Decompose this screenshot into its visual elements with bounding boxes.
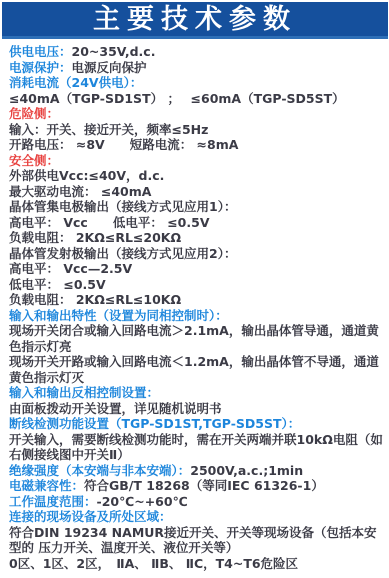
- spec-line: 高电平： Vcc 低电平： ≤0.5V: [9, 215, 385, 231]
- spec-label: 电源保护：: [9, 60, 72, 75]
- spec-section-label: 消耗电流（24V供电）：: [9, 75, 142, 90]
- spec-line: 现场开关开路或输入回路电流＜1.2mA，输出晶体管不导通，通道黄色指示灯灭: [9, 354, 385, 385]
- spec-line: 输入：开关、接近开关，频率≤5Hz: [9, 122, 385, 138]
- spec-text: 开路电压： ≈8V 短路电流： ≈8mA: [9, 137, 238, 152]
- spec-line: 绝缘强度（本安端与非本安端）：2500V,a.c.;1min: [9, 463, 385, 479]
- spec-line: 现场开关闭合或输入回路电流＞2.1mA，输出晶体管导通，通道黄色指示灯亮: [9, 323, 385, 354]
- spec-line: 开关输入，需要断线检测功能时，需在开关两端并联10kΩ电阻（如右侧接线图中开关Ⅱ…: [9, 432, 385, 463]
- spec-line: 电源保护：电源反向保护: [9, 60, 385, 76]
- spec-line: ≤40mA（TGP-SD1ST） ； ≤60mA（TGP-SD5ST）: [9, 91, 385, 107]
- spec-text: 现场开关闭合或输入回路电流＞2.1mA，输出晶体管导通，通道黄色指示灯亮: [9, 323, 379, 354]
- spec-text: 高电平： Vcc—2.5V: [9, 261, 132, 276]
- spec-text: 负载电阻： 2KΩ≤RL≤20KΩ: [9, 230, 181, 245]
- spec-line: 输入和输出反相控制设置：: [9, 385, 385, 401]
- spec-line: 工作温度范围：-20℃~+60℃: [9, 494, 385, 510]
- spec-value: 符合GB/T 18268（等同IEC 61326-1）: [84, 478, 324, 493]
- spec-line: 断线检测功能设置（TGP-SD1ST,TGP-SD5ST）：: [9, 416, 385, 432]
- spec-text: 最大驱动电流： ≤40mA: [9, 184, 151, 199]
- spec-text: 由面板拨动开关设置，详见随机说明书: [9, 401, 222, 416]
- spec-line: 连接的现场设备及所处区域：: [9, 509, 385, 525]
- spec-line: 供电电压：20~35V,d.c.: [9, 44, 385, 60]
- spec-value: 20~35V,d.c.: [72, 44, 156, 59]
- spec-value: 2500V,a.c.;1min: [190, 463, 303, 478]
- spec-sheet-page: 主要技术参数 供电电压：20~35V,d.c.电源保护：电源反向保护消耗电流（2…: [0, 0, 389, 578]
- spec-line: 危险侧：: [9, 106, 385, 122]
- spec-text: 外部供电Vcc:≤40V，d.c.: [9, 168, 164, 183]
- spec-list: 供电电压：20~35V,d.c.电源保护：电源反向保护消耗电流（24V供电）：≤…: [0, 39, 389, 571]
- page-title: 主要技术参数: [2, 2, 388, 39]
- spec-value: -20℃~+60℃: [97, 494, 188, 509]
- spec-text: 输入：开关、接近开关，频率≤5Hz: [9, 122, 208, 137]
- spec-text: ≤40mA（TGP-SD1ST） ； ≤60mA（TGP-SD5ST）: [9, 91, 345, 106]
- spec-line: 0区、1区、2区， ⅡA、 ⅡB、 ⅡC，T4~T6危险区: [9, 556, 385, 572]
- spec-section-label: 输入和输出特性（设置为同相控制时）：: [9, 308, 228, 323]
- spec-section-label: 危险侧：: [9, 106, 59, 121]
- spec-text: 现场开关开路或输入回路电流＜1.2mA，输出晶体管不导通，通道黄色指示灯灭: [9, 354, 379, 385]
- spec-label: 供电电压：: [9, 44, 72, 59]
- spec-line: 高电平： Vcc—2.5V: [9, 261, 385, 277]
- spec-text: 负载电阻： 2KΩ≤RL≤10KΩ: [9, 292, 181, 307]
- spec-label: 绝缘强度（本安端与非本安端）：: [9, 463, 190, 478]
- spec-text: 晶体管集电极输出（接线方式见应用1）：: [9, 199, 236, 214]
- spec-line: 最大驱动电流： ≤40mA: [9, 184, 385, 200]
- spec-section-label: 输入和输出反相控制设置：: [9, 385, 159, 400]
- spec-section-label: 连接的现场设备及所处区域：: [9, 509, 172, 524]
- spec-line: 电磁兼容性：符合GB/T 18268（等同IEC 61326-1）: [9, 478, 385, 494]
- spec-text: 晶体管发射极输出（接线方式见应用2）：: [9, 246, 236, 261]
- spec-text: 符合DIN 19234 NAMUR接近开关、开关等现场设备（包括本安型的 压力开…: [9, 525, 377, 556]
- spec-label: 工作温度范围：: [9, 494, 97, 509]
- spec-line: 负载电阻： 2KΩ≤RL≤10KΩ: [9, 292, 385, 308]
- spec-text: 0区、1区、2区， ⅡA、 ⅡB、 ⅡC，T4~T6危险区: [9, 556, 298, 571]
- spec-text: 开关输入，需要断线检测功能时，需在开关两端并联10kΩ电阻（如右侧接线图中开关Ⅱ…: [9, 432, 383, 463]
- spec-line: 晶体管集电极输出（接线方式见应用1）：: [9, 199, 385, 215]
- spec-line: 由面板拨动开关设置，详见随机说明书: [9, 401, 385, 417]
- spec-section-label: 断线检测功能设置（TGP-SD1ST,TGP-SD5ST）：: [9, 416, 300, 431]
- spec-line: 外部供电Vcc:≤40V，d.c.: [9, 168, 385, 184]
- spec-line: 输入和输出特性（设置为同相控制时）：: [9, 308, 385, 324]
- spec-section-label: 安全侧：: [9, 153, 59, 168]
- spec-text: 高电平： Vcc 低电平： ≤0.5V: [9, 215, 210, 230]
- spec-line: 低电平： ≤0.5V: [9, 277, 385, 293]
- spec-text: 低电平： ≤0.5V: [9, 277, 106, 292]
- spec-line: 开路电压： ≈8V 短路电流： ≈8mA: [9, 137, 385, 153]
- spec-line: 晶体管发射极输出（接线方式见应用2）：: [9, 246, 385, 262]
- spec-line: 负载电阻： 2KΩ≤RL≤20KΩ: [9, 230, 385, 246]
- spec-line: 消耗电流（24V供电）：: [9, 75, 385, 91]
- spec-label: 电磁兼容性：: [9, 478, 84, 493]
- spec-line: 符合DIN 19234 NAMUR接近开关、开关等现场设备（包括本安型的 压力开…: [9, 525, 385, 556]
- spec-value: 电源反向保护: [72, 60, 147, 75]
- spec-line: 安全侧：: [9, 153, 385, 169]
